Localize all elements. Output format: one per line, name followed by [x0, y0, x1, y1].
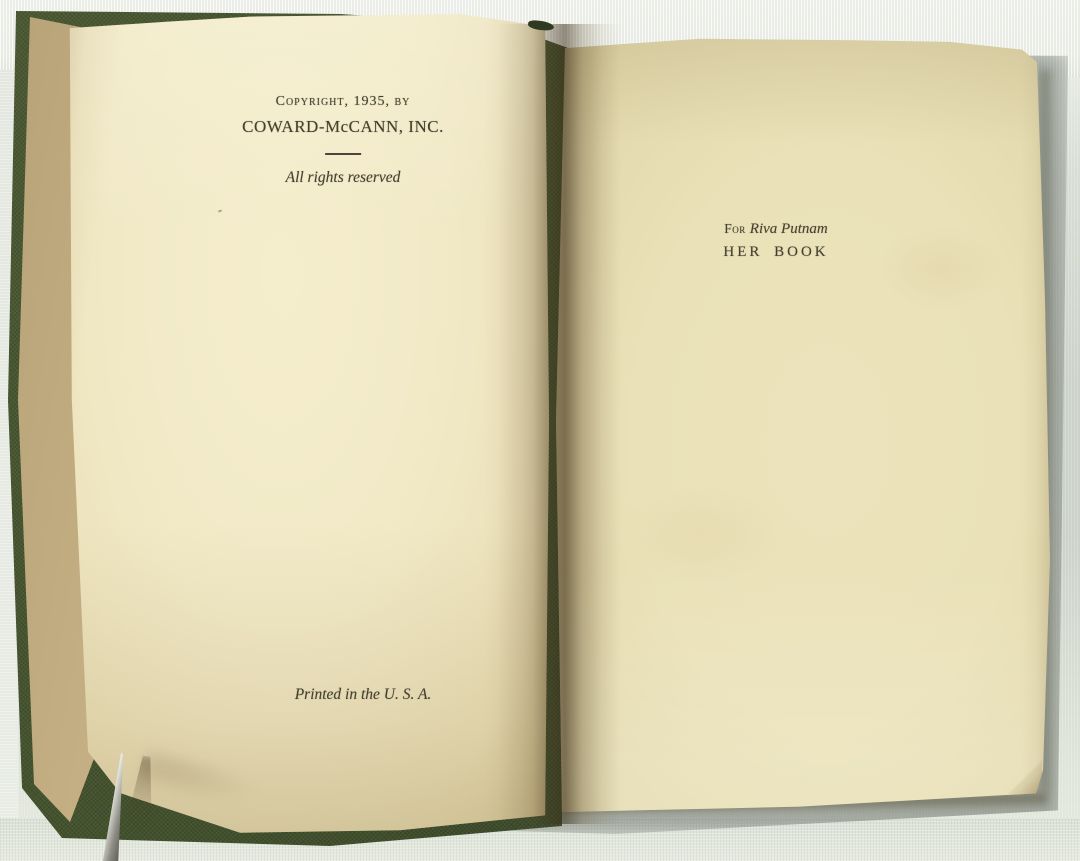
dedication-for: For — [724, 221, 746, 236]
left-page-copyright: Copyright, 1935, by COWARD-McCANN, INC. … — [60, 10, 552, 836]
rights-line: All rights reserved — [242, 169, 444, 187]
book-photo-scene: Copyright, 1935, by COWARD-McCANN, INC. … — [0, 0, 1080, 861]
dedication-name: Riva Putnam — [750, 221, 828, 237]
publisher-line: COWARD-McCANN, INC. — [242, 117, 444, 137]
copyright-line: Copyright, 1935, by — [242, 94, 444, 110]
dedication-book-line: HER BOOK — [723, 244, 828, 261]
right-page-dedication: For Riva Putnam HER BOOK — [553, 34, 1051, 816]
divider-rule — [325, 153, 361, 155]
dedication-line: For Riva Putnam — [723, 220, 828, 238]
copyright-block: Copyright, 1935, by COWARD-McCANN, INC. … — [242, 94, 444, 187]
backdrop-left-strip — [0, 70, 18, 850]
dedication-block: For Riva Putnam HER BOOK — [723, 220, 828, 261]
page-corner-fold — [1008, 760, 1042, 794]
paper-speck — [218, 209, 222, 212]
printed-line: Printed in the U. S. A. — [295, 686, 432, 704]
